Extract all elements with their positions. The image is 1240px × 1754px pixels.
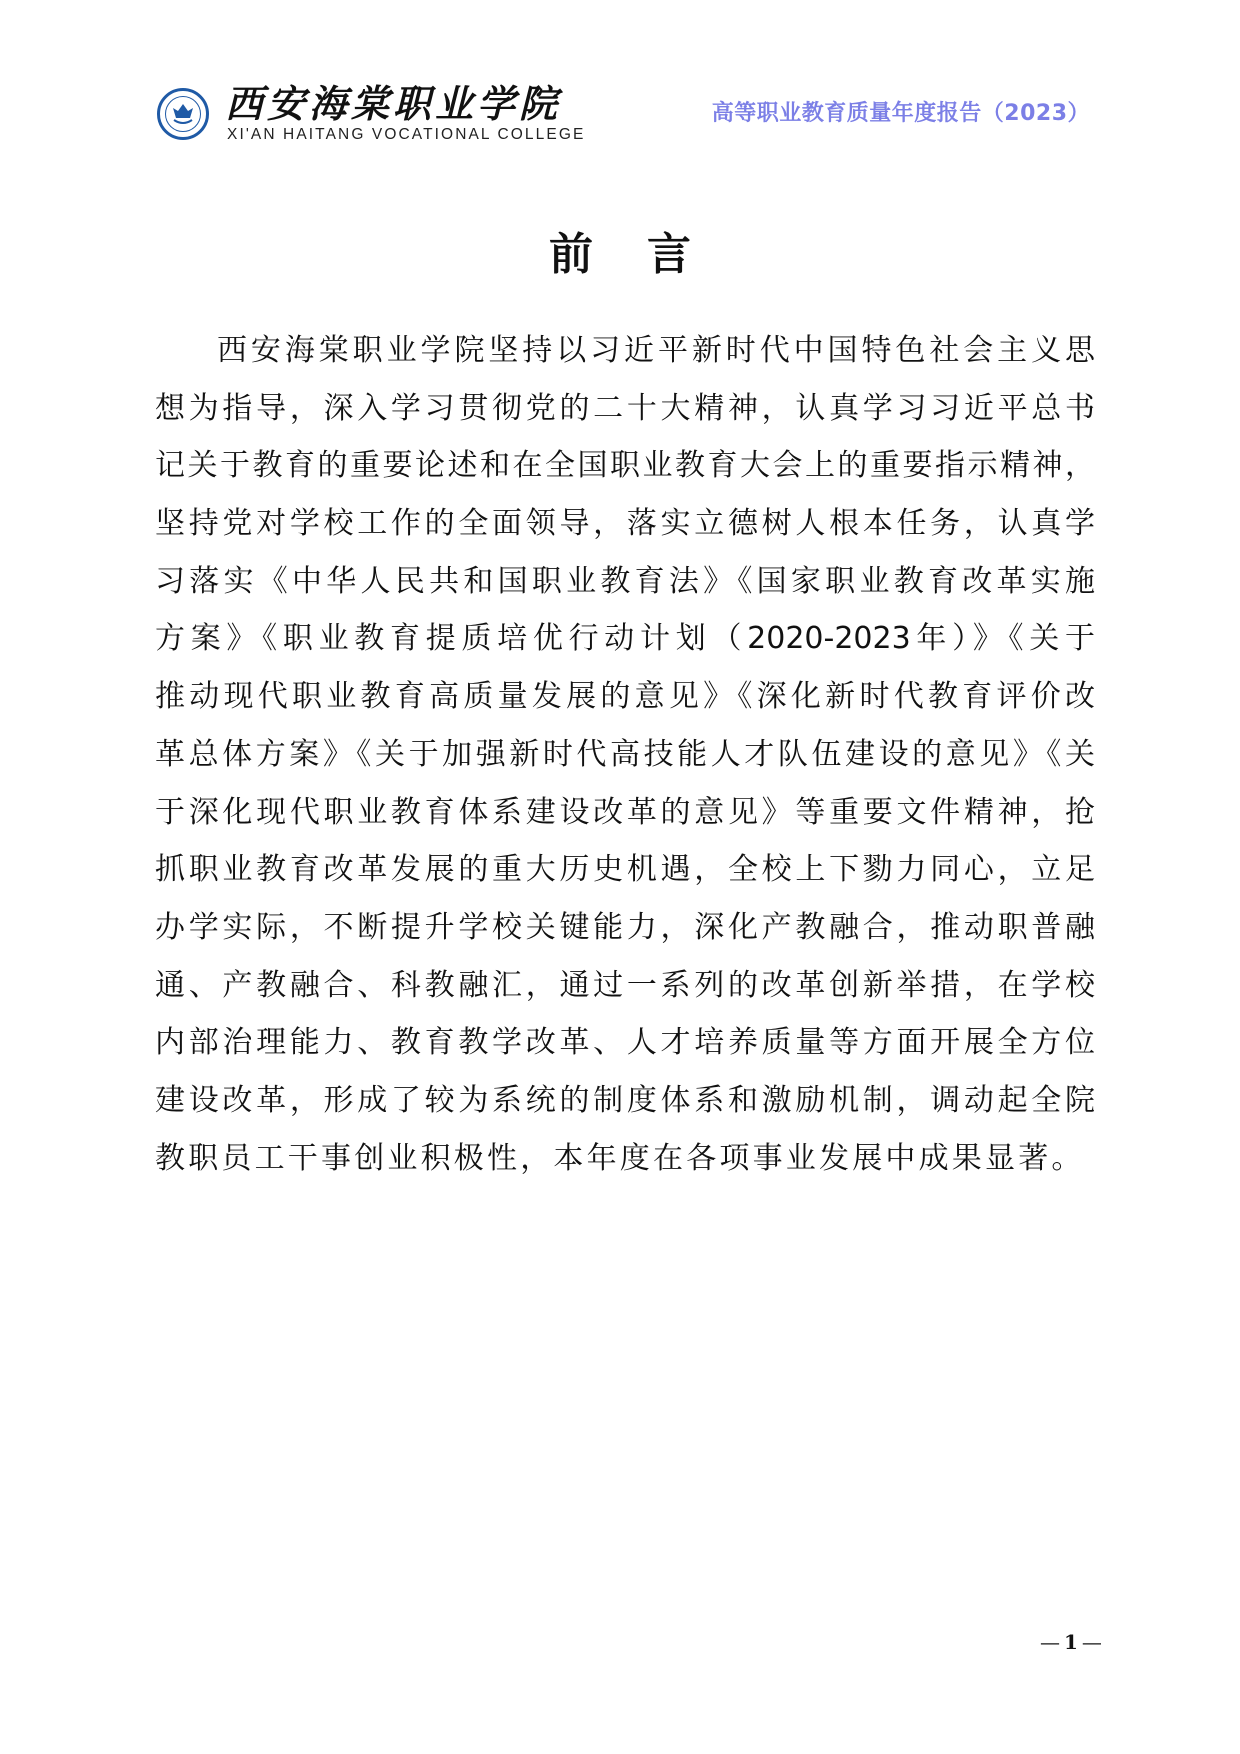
paragraph-line: 想为指导，深入学习贯彻党的二十大精神，认真学习习近平总书 — [155, 380, 1095, 438]
page-title: 前言 — [0, 218, 1240, 282]
title-char-2: 言 — [647, 229, 691, 280]
school-name-english: XI'AN HAITANG VOCATIONAL COLLEGE — [227, 126, 585, 144]
paragraph-line: 坚持党对学校工作的全面领导，落实立德树人根本任务，认真学 — [155, 495, 1095, 553]
paragraph-line: 办学实际，不断提升学校关键能力，深化产教融合，推动职普融 — [155, 899, 1095, 957]
title-char-1: 前 — [549, 229, 593, 280]
page-number-dash-right: — — [1082, 1630, 1102, 1654]
paragraph-line: 方案》《职业教育提质培优行动计划（2020-2023年）》《关于 — [155, 610, 1095, 668]
school-seal-icon — [157, 88, 209, 140]
paragraph-line: 通、产教融合、科教融汇，通过一系列的改革创新举措，在学校 — [155, 957, 1095, 1015]
paragraph-line: 教职员工干事创业积极性，本年度在各项事业发展中成果显著。 — [155, 1130, 1095, 1188]
paragraph-line: 革总体方案》《关于加强新时代高技能人才队伍建设的意见》《关 — [155, 726, 1095, 784]
report-title: 高等职业教育质量年度报告（2023） — [712, 96, 1090, 127]
paragraph-line: 抓职业教育改革发展的重大历史机遇，全校上下勠力同心，立足 — [155, 841, 1095, 899]
paragraph-line: 西安海棠职业学院坚持以习近平新时代中国特色社会主义思 — [155, 322, 1095, 380]
paragraph-line: 推动现代职业教育高质量发展的意见》《深化新时代教育评价改 — [155, 668, 1095, 726]
preface-paragraph: 西安海棠职业学院坚持以习近平新时代中国特色社会主义思 想为指导，深入学习贯彻党的… — [155, 322, 1095, 1187]
page-number-dash-left: — — [1040, 1630, 1060, 1654]
school-logo: 西安海棠职业学院 XI'AN HAITANG VOCATIONAL COLLEG… — [155, 78, 575, 148]
paragraph-line: 记关于教育的重要论述和在全国职业教育大会上的重要指示精神， — [155, 437, 1095, 495]
page-number: —1— — [1040, 1630, 1102, 1654]
school-name-chinese: 西安海棠职业学院 — [225, 82, 561, 126]
page-header: 西安海棠职业学院 XI'AN HAITANG VOCATIONAL COLLEG… — [155, 78, 1090, 148]
paragraph-line: 习落实《中华人民共和国职业教育法》《国家职业教育改革实施 — [155, 553, 1095, 611]
paragraph-line: 于深化现代职业教育体系建设改革的意见》等重要文件精神，抢 — [155, 784, 1095, 842]
paragraph-line: 建设改革，形成了较为系统的制度体系和激励机制，调动起全院 — [155, 1072, 1095, 1130]
paragraph-line: 内部治理能力、教育教学改革、人才培养质量等方面开展全方位 — [155, 1014, 1095, 1072]
page-number-value: 1 — [1064, 1630, 1078, 1654]
